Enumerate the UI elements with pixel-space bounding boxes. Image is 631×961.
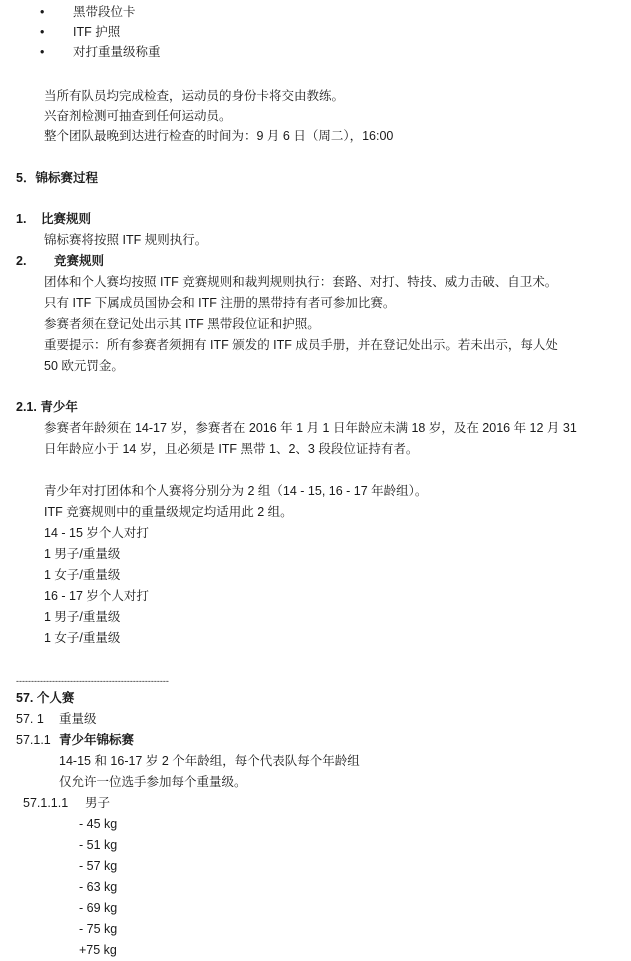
list-item: 1 男子/重量级	[44, 546, 120, 562]
weight-class: - 51 kg	[79, 837, 117, 853]
section-heading: 5．锦标赛过程	[16, 170, 98, 186]
paragraph: 团体和个人赛均按照 ITF 竞赛规则和裁判规则执行：套路、对打、特技、威力击破、…	[44, 274, 557, 290]
subsection-number: 57.1.1	[16, 732, 51, 748]
paragraph: 14-15 和 16-17 岁 2 个年龄组，每个代表队每个年龄组	[59, 753, 360, 769]
section-heading: 57. 个人赛	[16, 690, 74, 706]
weight-class: - 69 kg	[79, 900, 117, 916]
rule-number: 1.	[16, 211, 26, 227]
divider: ----------------------------------------…	[16, 676, 169, 686]
paragraph: 青少年对打团体和个人赛将分别分为 2 组（14 - 15, 16 - 17 年龄…	[44, 483, 427, 499]
paragraph: 参赛者须在登记处出示其 ITF 黑带段位证和护照。	[44, 316, 320, 332]
subsection-number: 57. 1	[16, 711, 44, 727]
list-item: 16 - 17 岁个人对打	[44, 588, 149, 604]
list-item: 1 女子/重量级	[44, 567, 120, 583]
paragraph: 参赛者年龄须在 14-17 岁，参赛者在 2016 年 1 月 1 日年龄应未满…	[44, 420, 577, 436]
list-item: 1 女子/重量级	[44, 630, 120, 646]
paragraph: 只有 ITF 下属成员国协会和 ITF 注册的黑带持有者可参加比赛。	[44, 295, 395, 311]
rule-heading: 比赛规则	[41, 211, 91, 227]
weight-class: - 63 kg	[79, 879, 117, 895]
weight-class: - 75 kg	[79, 921, 117, 937]
paragraph: 仅允许一位选手参加每个重量级。	[59, 774, 247, 790]
rule-number: 2.	[16, 253, 26, 269]
bullet-icon: •	[40, 4, 44, 20]
paragraph: 兴奋剂检测可抽查到任何运动员。	[44, 108, 232, 124]
paragraph: 50 欧元罚金。	[44, 358, 124, 374]
weight-class: - 57 kg	[79, 858, 117, 874]
weight-class: +75 kg	[79, 942, 117, 958]
bullet-icon: •	[40, 44, 44, 60]
list-item: 14 - 15 岁个人对打	[44, 525, 149, 541]
bullet-icon: •	[40, 24, 44, 40]
paragraph: 整个团队最晚到达进行检查的时间为：9 月 6 日（周二），16:00	[44, 128, 393, 144]
subsection-title: 重量级	[59, 711, 97, 727]
list-item: 1 男子/重量级	[44, 609, 120, 625]
section-heading: 2.1. 青少年	[16, 399, 78, 415]
rule-heading: 竞赛规则	[54, 253, 104, 269]
paragraph: 日年龄应小于 14 岁，且必须是 ITF 黑带 1、2、3 段段位证持有者。	[44, 441, 418, 457]
subsection-title: 青少年锦标赛	[59, 732, 134, 748]
paragraph: 当所有队员均完成检查，运动员的身份卡将交由教练。	[44, 88, 344, 104]
subsection-number: 57.1.1.1	[23, 795, 68, 811]
paragraph: 锦标赛将按照 ITF 规则执行。	[44, 232, 207, 248]
paragraph: ITF 竞赛规则中的重量级规定均适用此 2 组。	[44, 504, 293, 520]
subsection-title: 男子	[85, 795, 110, 811]
weight-class: - 45 kg	[79, 816, 117, 832]
paragraph: 重要提示：所有参赛者须拥有 ITF 颁发的 ITF 成员手册，并在登记处出示。若…	[44, 337, 558, 353]
